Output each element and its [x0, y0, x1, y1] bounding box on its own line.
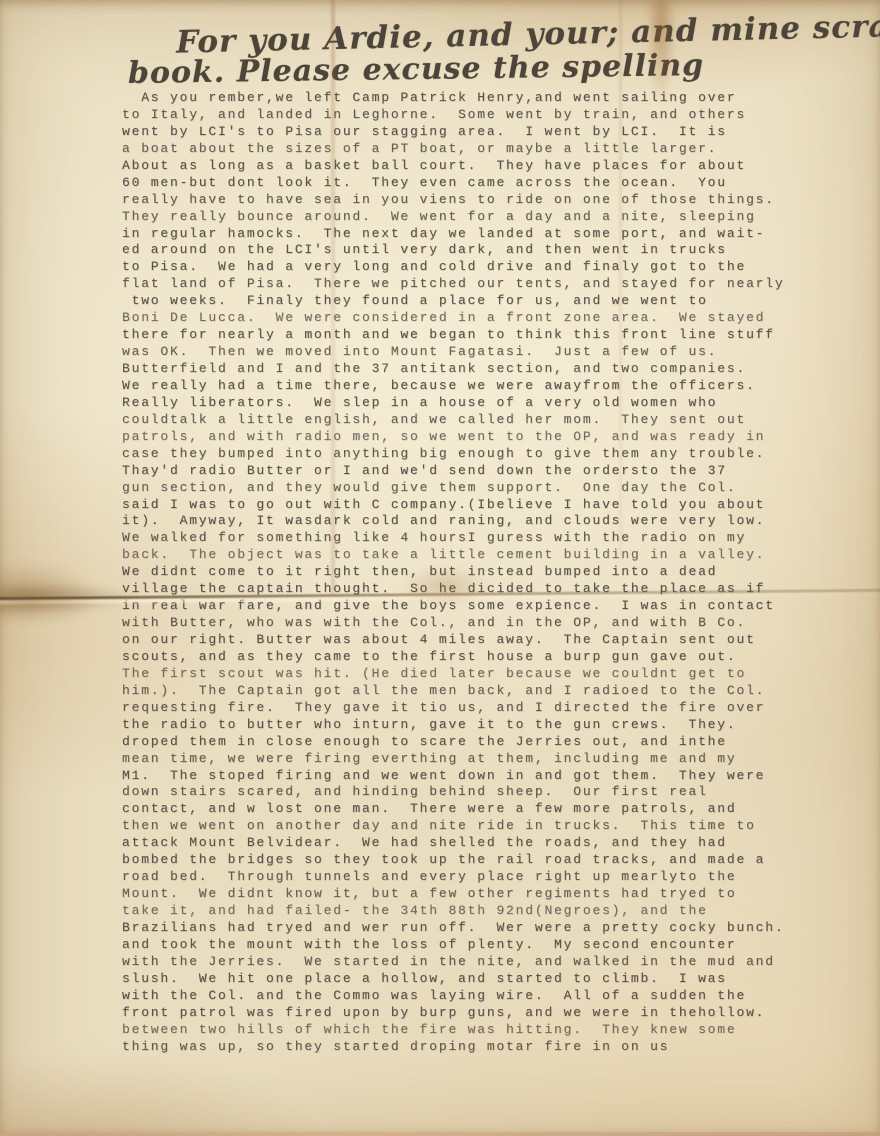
- typed-body: As you rember,we left Camp Patrick Henry…: [122, 90, 822, 1055]
- typed-line: As you rember,we left Camp Patrick Henry…: [122, 90, 822, 107]
- typed-line: and took the mount with the loss of plen…: [122, 937, 822, 954]
- typed-line: went by LCI's to Pisa our stagging area.…: [122, 124, 822, 141]
- typed-line: there for nearly a month and we began to…: [122, 327, 822, 344]
- paper-bottom-edge: [0, 1132, 880, 1136]
- typed-line: Mount. We didnt know it, but a few other…: [122, 886, 822, 903]
- handwritten-note-line-2: book. Please excuse the spelling: [128, 48, 705, 91]
- typed-line: scouts, and as they came to the first ho…: [122, 649, 822, 666]
- typed-line: We really had a time there, because we w…: [122, 378, 822, 395]
- typed-line: gun section, and they would give them su…: [122, 480, 822, 497]
- typed-line: a boat about the sizes of a PT boat, or …: [122, 141, 822, 158]
- typed-line: droped them in close enough to scare the…: [122, 734, 822, 751]
- typed-line: with the Jerries. We started in the nite…: [122, 954, 822, 971]
- typed-line: was OK. Then we moved into Mount Fagatas…: [122, 344, 822, 361]
- paper-stain-left-fold: [0, 560, 100, 620]
- typed-line: Really liberators. We slep in a house of…: [122, 395, 822, 412]
- typed-line: really have to have sea in you viens to …: [122, 192, 822, 209]
- typed-line: with Butter, who was with the Col., and …: [122, 615, 822, 632]
- typed-line: down stairs scared, and hinding behind s…: [122, 784, 822, 801]
- typed-line: They really bounce around. We went for a…: [122, 209, 822, 226]
- typed-line: the radio to butter who inturn, gave it …: [122, 717, 822, 734]
- typed-line: ed around on the LCI's until very dark, …: [122, 242, 822, 259]
- typed-line: to Italy, and landed in Leghorne. Some w…: [122, 107, 822, 124]
- typed-line: Brazilians had tryed and wer run off. We…: [122, 920, 822, 937]
- typed-line: back. The object was to take a little ce…: [122, 547, 822, 564]
- typed-line: thing was up, so they started droping mo…: [122, 1039, 822, 1056]
- typed-line: to Pisa. We had a very long and cold dri…: [122, 259, 822, 276]
- typed-line: requesting fire. They gave it tio us, an…: [122, 700, 822, 717]
- typed-line: him.). The Captain got all the men back,…: [122, 683, 822, 700]
- typed-line: in regular hamocks. The next day we land…: [122, 226, 822, 243]
- typed-line: between two hills of which the fire was …: [122, 1022, 822, 1039]
- typed-line: Thay'd radio Butter or I and we'd send d…: [122, 463, 822, 480]
- typed-line: The first scout was hit. (He died later …: [122, 666, 822, 683]
- typed-line: 60 men-but dont look it. They even came …: [122, 175, 822, 192]
- typed-line: said I was to go out with C company.(Ibe…: [122, 497, 822, 514]
- typed-line: on our right. Butter was about 4 miles a…: [122, 632, 822, 649]
- typed-line: mean time, we were firing everthing at t…: [122, 751, 822, 768]
- typed-line: village the captain thought. So he dicid…: [122, 581, 822, 598]
- typed-line: front patrol was fired upon by burp guns…: [122, 1005, 822, 1022]
- typed-line: it). Amyway, It wasdark cold and raning,…: [122, 513, 822, 530]
- typed-line: road bed. Through tunnels and every plac…: [122, 869, 822, 886]
- typed-line: contact, and w lost one man. There were …: [122, 801, 822, 818]
- typed-line: in real war fare, and give the boys some…: [122, 598, 822, 615]
- typed-line: slush. We hit one place a hollow, and st…: [122, 971, 822, 988]
- typed-line: About as long as a basket ball court. Th…: [122, 158, 822, 175]
- typed-line: We walked for something like 4 hoursI gu…: [122, 530, 822, 547]
- typed-line: Boni De Lucca. We were considered in a f…: [122, 310, 822, 327]
- typed-line: Butterfield and I and the 37 antitank se…: [122, 361, 822, 378]
- typed-line: take it, and had failed- the 34th 88th 9…: [122, 903, 822, 920]
- letter-paper: For you Ardie, and your; and mine scrape…: [0, 0, 880, 1136]
- typed-line: flat land of Pisa. There we pitched our …: [122, 276, 822, 293]
- typed-line: bombed the bridges so they took up the r…: [122, 852, 822, 869]
- typed-line: We didnt come to it right then, but inst…: [122, 564, 822, 581]
- typed-line: couldtalk a little english, and we calle…: [122, 412, 822, 429]
- typed-line: case they bumped into anything big enoug…: [122, 446, 822, 463]
- typed-line: two weeks. Finaly they found a place for…: [122, 293, 822, 310]
- typed-line: patrols, and with radio men, so we went …: [122, 429, 822, 446]
- typed-line: with the Col. and the Commo was laying w…: [122, 988, 822, 1005]
- typed-line: then we went on another day and nite rid…: [122, 818, 822, 835]
- typed-line: M1. The stoped firing and we went down i…: [122, 768, 822, 785]
- typed-line: attack Mount Belvidear. We had shelled t…: [122, 835, 822, 852]
